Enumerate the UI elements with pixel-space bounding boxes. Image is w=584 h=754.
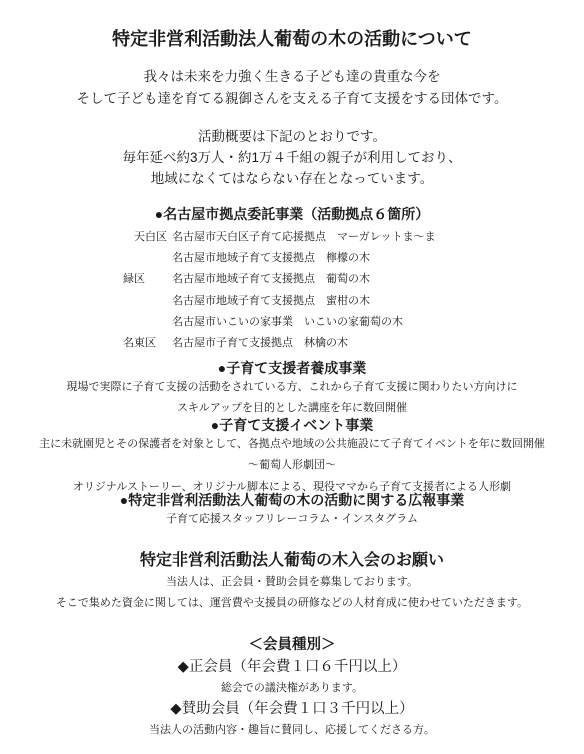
doc-title: 特定非営利活動法人葡萄の木の活動について: [0, 29, 584, 50]
membership-heading: 特定非営利活動法人葡萄の木入会のお願い: [0, 550, 584, 571]
section-heading-event-business: ●子育て支援イベント事業: [0, 417, 584, 434]
intro-line-5: 地域になくてはならない存在となっています。: [0, 168, 584, 189]
facility-name: 蜜柑の木: [326, 291, 370, 312]
facility-row: 天白区 名古屋市天白区子育て応援拠点 マーガレットま～ま: [0, 227, 584, 248]
intro-line-4: 毎年延べ約3万人・約1万４千組の親子が利用しており、: [0, 147, 584, 168]
facility-name: マーガレットま～ま: [337, 227, 436, 248]
facility-type: 名古屋市地域子育て支援拠点: [172, 248, 315, 269]
section-heading-base-business: ●名古屋市拠点委託事業（活動拠点６箇所）: [0, 206, 584, 223]
intro-line-1: 我々は未来を力強く生きる子ども達の貴重な今を: [0, 66, 584, 87]
intro-paragraph-1: 我々は未来を力強く生きる子ども達の貴重な今を そして子ども達を育てる親御さんを支…: [0, 66, 584, 109]
member-category-heading: ＜会員種別＞: [0, 635, 584, 656]
facility-list: 天白区 名古屋市天白区子育て応援拠点 マーガレットま～ま 名古屋市地域子育て支援…: [0, 227, 584, 355]
membership-line-2: そこで集めた資金に関しては、運営費や支援員の研修などの人材育成に使わせていただき…: [0, 593, 584, 614]
facility-district: [123, 312, 172, 333]
facility-name: 林檎の木: [304, 333, 348, 354]
facility-district: 名東区: [123, 333, 172, 354]
facility-row: 緑区 名古屋市地域子育て支援拠点 葡萄の木: [0, 269, 584, 290]
supporting-member-note: 当法人の活動内容・趣旨に賛同し、応援してくださる方。: [0, 720, 584, 741]
supporting-member-label: ◆賛助会員（年会費１口３千円以上）: [0, 699, 584, 720]
facility-name: 葡萄の木: [326, 269, 370, 290]
facility-type: 名古屋市天白区子育て応援拠点: [172, 227, 326, 248]
facility-name: 檸檬の木: [326, 248, 370, 269]
training-line-1: 現場で実際に子育て支援の活動をされている方、これから子育て支援に関わりたい方向け…: [0, 377, 584, 398]
training-line-2: スキルアップを目的とした講座を年に数回開催: [0, 398, 584, 419]
facility-name: いこいの家葡萄の木: [304, 312, 403, 333]
facility-type: 名古屋市地域子育て支援拠点: [172, 291, 315, 312]
facility-type: 名古屋市いこいの家事業: [172, 312, 293, 333]
facility-district: 天白区: [123, 227, 172, 248]
facility-type: 名古屋市地域子育て支援拠点: [172, 269, 315, 290]
membership-line-1: 当法人は、正会員・賛助会員を募集しております。: [0, 572, 584, 593]
facility-row: 名古屋市地域子育て支援拠点 檸檬の木: [0, 248, 584, 269]
intro-line-3: 活動概要は下記のとおりです。: [0, 126, 584, 147]
facility-row: 名古屋市地域子育て支援拠点 蜜柑の木: [0, 291, 584, 312]
regular-member-label: ◆正会員（年会費１口６千円以上）: [0, 657, 584, 678]
facility-row: 名東区 名古屋市子育て支援拠点 林檎の木: [0, 333, 584, 354]
facility-district: 緑区: [123, 269, 172, 290]
facility-district: [123, 248, 172, 269]
facility-type: 名古屋市子育て支援拠点: [172, 333, 293, 354]
intro-line-2: そして子ども達を育てる親御さんを支える子育て支援をする団体です。: [0, 88, 584, 109]
regular-member-note: 総会での議決権があります。: [0, 678, 584, 699]
facility-district: [123, 291, 172, 312]
facility-row: 名古屋市いこいの家事業 いこいの家葡萄の木: [0, 312, 584, 333]
intro-paragraph-2: 活動概要は下記のとおりです。 毎年延べ約3万人・約1万４千組の親子が利用しており…: [0, 126, 584, 190]
event-line-2: ～葡萄人形劇団～: [0, 455, 584, 476]
document-page: 特定非営利活動法人葡萄の木の活動について 我々は未来を力強く生きる子ども達の貴重…: [0, 0, 584, 754]
section-heading-training-business: ●子育て支援者養成事業: [0, 360, 584, 377]
event-line-1: 主に未就園児とその保護者を対象として、各拠点や地域の公共施設にて子育てイベントを…: [0, 434, 584, 455]
pr-line-1: 子育て応援スタッフリレーコラム・インスタグラム: [0, 509, 584, 530]
